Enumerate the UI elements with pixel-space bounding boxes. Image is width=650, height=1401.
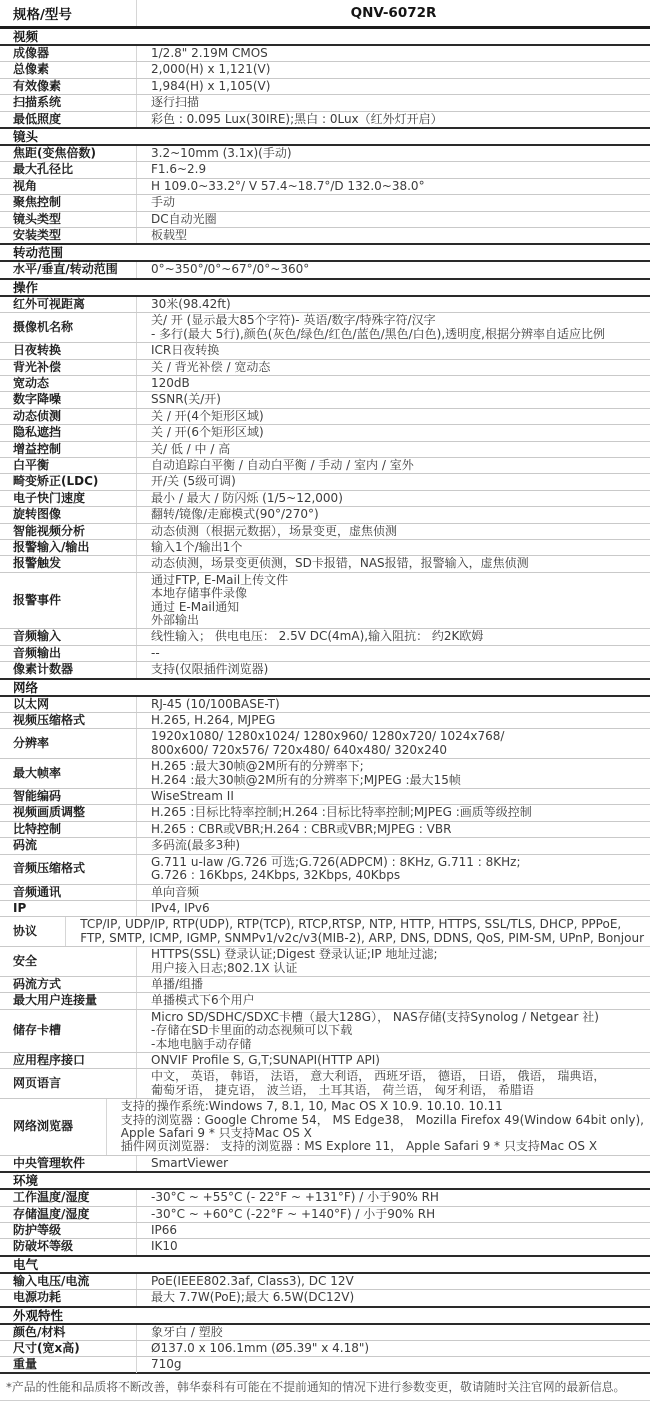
section-header: 外观特性 (0, 1306, 650, 1325)
spec-label: 分辨率 (0, 729, 136, 758)
spec-label: 镜头类型 (0, 212, 136, 227)
spec-value: 0°~350°/0°~67°/0°~360° (136, 262, 650, 277)
spec-row: 聚焦控制手动 (0, 195, 650, 211)
spec-row: 防护等级IP66 (0, 1223, 650, 1239)
spec-value-line: 象牙白 / 塑胶 (151, 1326, 644, 1339)
spec-label: 网页语言 (0, 1069, 136, 1098)
spec-row: 防破坏等级IK10 (0, 1239, 650, 1255)
spec-value-line: 2,000(H) x 1,121(V) (151, 63, 644, 76)
spec-label: 工作温度/湿度 (0, 1190, 136, 1205)
spec-value: RJ-45 (10/100BASE-T) (136, 697, 650, 712)
spec-value-line: 动态侦测，场景变更侦测，SD卡报错，NAS报错，报警输入，虚焦侦测 (151, 557, 644, 570)
spec-label: 增益控制 (0, 442, 136, 457)
spec-value: H.265 : CBR或VBR;H.264 : CBR或VBR;MJPEG : … (136, 822, 650, 837)
spec-value: H 109.0~33.2°/ V 57.4~18.7°/D 132.0~38.0… (136, 179, 650, 194)
spec-row: 电源功耗最大 7.7W(PoE);最大 6.5W(DC12V) (0, 1290, 650, 1306)
spec-value: 象牙白 / 塑胶 (136, 1325, 650, 1340)
spec-label: 数字降噪 (0, 392, 136, 407)
spec-label: 白平衡 (0, 458, 136, 473)
spec-label: 音频通讯 (0, 885, 136, 900)
spec-value-line: H.265, H.264, MJPEG (151, 714, 644, 727)
spec-row: 报警事件通过FTP, E-Mail上传文件本地存储事件录像通过 E-Mail通知… (0, 573, 650, 630)
spec-value-line: 最大 7.7W(PoE);最大 6.5W(DC12V) (151, 1291, 644, 1304)
spec-label: 电源功耗 (0, 1290, 136, 1305)
spec-value-line: SSNR(关/开) (151, 393, 644, 406)
spec-label: 智能编码 (0, 789, 136, 804)
spec-value-line: H.265 :目标比特率控制;H.264 :目标比特率控制;MJPEG :画质等… (151, 806, 644, 819)
spec-value-line: 自动追踪白平衡 / 自动白平衡 / 手动 / 室内 / 室外 (151, 459, 644, 472)
spec-value: G.711 u-law /G.726 可选;G.726(ADPCM) : 8KH… (136, 855, 650, 884)
spec-value: Micro SD/SDHC/SDXC卡槽（最大128G）， NAS存储(支持Sy… (136, 1010, 650, 1052)
spec-value-line: G.711 u-law /G.726 可选;G.726(ADPCM) : 8KH… (151, 856, 644, 869)
spec-row: 最大帧率H.265 :最大30帧@2M所有的分辨率下;H.264 :最大30帧@… (0, 759, 650, 789)
spec-value: 关 / 开(6个矩形区域) (136, 425, 650, 440)
spec-label: 扫描系统 (0, 95, 136, 110)
spec-row: 智能编码WiseStream II (0, 789, 650, 805)
spec-row: 成像器1/2.8" 2.19M CMOS (0, 46, 650, 62)
spec-value: 单播/组播 (136, 977, 650, 992)
spec-table-body: 视频成像器1/2.8" 2.19M CMOS总像素2,000(H) x 1,12… (0, 29, 650, 1373)
spec-label: 隐私遮挡 (0, 425, 136, 440)
spec-label: 报警触发 (0, 556, 136, 571)
spec-value: 手动 (136, 195, 650, 210)
spec-label: 日夜转换 (0, 343, 136, 358)
spec-label: 最大帧率 (0, 759, 136, 788)
spec-label: 音频输入 (0, 629, 136, 644)
spec-row: 储存卡槽Micro SD/SDHC/SDXC卡槽（最大128G）， NAS存储(… (0, 1010, 650, 1053)
spec-value-line: -- (151, 647, 644, 660)
spec-value-line: 线性输入； 供电电压： 2.5V DC(4mA),输入阻抗： 约2K欧姆 (151, 630, 644, 643)
spec-value-line: -本地电脑手动存储 (151, 1038, 644, 1051)
spec-value-line: ICR日夜转换 (151, 344, 644, 357)
spec-row: 总像素2,000(H) x 1,121(V) (0, 62, 650, 78)
spec-label: 音频压缩格式 (0, 855, 136, 884)
spec-label: 背光补偿 (0, 360, 136, 375)
spec-value-line: F1.6~2.9 (151, 163, 644, 176)
spec-label: 以太网 (0, 697, 136, 712)
section-header: 视频 (0, 29, 650, 46)
spec-value-line: 本地存储事件录像 (151, 587, 644, 600)
spec-value: H.265 :最大30帧@2M所有的分辨率下;H.264 :最大30帧@2M所有… (136, 759, 650, 788)
spec-label: 输入电压/电流 (0, 1274, 136, 1289)
spec-row: 宽动态120dB (0, 376, 650, 392)
section-header: 转动范围 (0, 243, 650, 262)
spec-value-line: IP66 (151, 1224, 644, 1237)
spec-value: 板载型 (136, 228, 650, 243)
spec-value: 120dB (136, 376, 650, 391)
spec-value-line: 输入1个/输出1个 (151, 541, 644, 554)
spec-row: 码流方式单播/组播 (0, 977, 650, 993)
spec-row: 数字降噪SSNR(关/开) (0, 392, 650, 408)
spec-label: 像素计数器 (0, 662, 136, 677)
spec-value-line: 关/ 低 / 中 / 高 (151, 443, 644, 456)
spec-label: 音频输出 (0, 646, 136, 661)
spec-value-line: 关 / 开(4个矩形区域) (151, 410, 644, 423)
spec-value: 单播模式下6个用户 (136, 993, 650, 1008)
spec-value: 多码流(最多3种) (136, 838, 650, 853)
spec-row: 视角H 109.0~33.2°/ V 57.4~18.7°/D 132.0~38… (0, 179, 650, 195)
spec-label: 协议 (0, 917, 65, 946)
spec-value-line: 1,984(H) x 1,105(V) (151, 80, 644, 93)
spec-row: 隐私遮挡关 / 开(6个矩形区域) (0, 425, 650, 441)
spec-row: 报警输入/输出输入1个/输出1个 (0, 540, 650, 556)
spec-value: 单向音频 (136, 885, 650, 900)
spec-value: WiseStream II (136, 789, 650, 804)
spec-label: 比特控制 (0, 822, 136, 837)
spec-sheet: 规格/型号 QNV-6072R 视频成像器1/2.8" 2.19M CMOS总像… (0, 0, 650, 1401)
spec-label: 颜色/材料 (0, 1325, 136, 1340)
spec-label: 码流方式 (0, 977, 136, 992)
spec-label: 成像器 (0, 46, 136, 61)
spec-row: 以太网RJ-45 (10/100BASE-T) (0, 697, 650, 713)
spec-row: 最大孔径比F1.6~2.9 (0, 162, 650, 178)
spec-value: 2,000(H) x 1,121(V) (136, 62, 650, 77)
spec-label: 码流 (0, 838, 136, 853)
spec-row: 分辨率1920x1080/ 1280x1024/ 1280x960/ 1280x… (0, 729, 650, 759)
spec-value: 710g (136, 1357, 650, 1372)
spec-value-line: 120dB (151, 377, 644, 390)
spec-row: 网页语言中文， 英语， 韩语， 法语， 意大利语， 西班牙语， 德语， 日语， … (0, 1069, 650, 1099)
spec-row: 动态侦测关 / 开(4个矩形区域) (0, 409, 650, 425)
spec-label: 安装类型 (0, 228, 136, 243)
spec-label: 安全 (0, 947, 136, 976)
spec-value-line: IK10 (151, 1240, 644, 1253)
spec-value-line: 支持(仅限插件浏览器) (151, 663, 644, 676)
spec-row: 颜色/材料象牙白 / 塑胶 (0, 1325, 650, 1341)
spec-label: 最大用户连接量 (0, 993, 136, 1008)
spec-value-line: 动态侦测（根据元数据），场景变更，虚焦侦测 (151, 525, 644, 538)
spec-value-line: 外部输出 (151, 614, 644, 627)
section-header: 镜头 (0, 127, 650, 146)
table-header-row: 规格/型号 QNV-6072R (0, 0, 650, 29)
spec-row: 存储温度/湿度-30°C ~ +60°C (-22°F ~ +140°F) / … (0, 1207, 650, 1223)
spec-value: -30°C ~ +55°C (- 22°F ~ +131°F) / 小于90% … (136, 1190, 650, 1205)
spec-value: 1920x1080/ 1280x1024/ 1280x960/ 1280x720… (136, 729, 650, 758)
spec-value: 中文， 英语， 韩语， 法语， 意大利语， 西班牙语， 德语， 日语， 俄语， … (136, 1069, 650, 1098)
spec-value-line: 支持的浏览器 : Google Chrome 54， MS Edge38， Mo… (121, 1114, 644, 1127)
spec-label: 视频压缩格式 (0, 713, 136, 728)
spec-value-line: RJ-45 (10/100BASE-T) (151, 698, 644, 711)
spec-value-line: 支持的操作系统:Windows 7, 8.1, 10, Mac OS X 10.… (121, 1100, 644, 1113)
spec-value: 支持的操作系统:Windows 7, 8.1, 10, Mac OS X 10.… (106, 1099, 650, 1155)
spec-value-line: PoE(IEEE802.3af, Class3), DC 12V (151, 1275, 644, 1288)
spec-value: 翻转/镜像/走廊模式(90°/270°) (136, 507, 650, 522)
spec-row: 中央管理软件SmartViewer (0, 1156, 650, 1172)
spec-value-line: 3.2~10mm (3.1x)(手动) (151, 147, 644, 160)
spec-label: 网络浏览器 (0, 1099, 106, 1155)
spec-row: IPIPv4, IPv6 (0, 901, 650, 917)
spec-row: 报警触发动态侦测，场景变更侦测，SD卡报错，NAS报错，报警输入，虚焦侦测 (0, 556, 650, 572)
spec-value-line: 单向音频 (151, 886, 644, 899)
spec-value: H.265, H.264, MJPEG (136, 713, 650, 728)
spec-row: 网络浏览器支持的操作系统:Windows 7, 8.1, 10, Mac OS … (0, 1099, 650, 1156)
spec-row: 水平/垂直/转动范围0°~350°/0°~67°/0°~360° (0, 262, 650, 278)
spec-value: SSNR(关/开) (136, 392, 650, 407)
spec-value-line: HTTPS(SSL) 登录认证;Digest 登录认证;IP 地址过滤; (151, 948, 644, 961)
spec-row: 输入电压/电流PoE(IEEE802.3af, Class3), DC 12V (0, 1274, 650, 1290)
spec-value-line: ONVIF Profile S, G,T;SUNAPI(HTTP API) (151, 1054, 644, 1067)
spec-label: 报警输入/输出 (0, 540, 136, 555)
spec-label: 焦距(变焦倍数) (0, 146, 136, 161)
spec-value-line: 单播模式下6个用户 (151, 994, 644, 1007)
spec-value: 3.2~10mm (3.1x)(手动) (136, 146, 650, 161)
spec-value: 1,984(H) x 1,105(V) (136, 79, 650, 94)
spec-label: 中央管理软件 (0, 1156, 136, 1171)
spec-row: 音频压缩格式G.711 u-law /G.726 可选;G.726(ADPCM)… (0, 855, 650, 885)
spec-value-line: 用户接入日志;802.1X 认证 (151, 962, 644, 975)
section-header: 网络 (0, 678, 650, 697)
spec-value: HTTPS(SSL) 登录认证;Digest 登录认证;IP 地址过滤;用户接入… (136, 947, 650, 976)
spec-value: 30米(98.42ft) (136, 297, 650, 312)
spec-label: 报警事件 (0, 573, 136, 629)
spec-value-line: SmartViewer (151, 1157, 644, 1170)
spec-value-line: G.726 : 16Kbps, 24Kbps, 32Kbps, 40Kbps (151, 869, 644, 882)
spec-value: Ø137.0 x 106.1mm (Ø5.39" x 4.18") (136, 1341, 650, 1356)
spec-value-line: 通过 E-Mail通知 (151, 601, 644, 614)
spec-value-line: H.265 :最大30帧@2M所有的分辨率下; (151, 760, 644, 773)
spec-row: 扫描系统逐行扫描 (0, 95, 650, 111)
spec-row: 红外可视距离30米(98.42ft) (0, 297, 650, 313)
spec-row: 安装类型板载型 (0, 228, 650, 244)
spec-label: 聚焦控制 (0, 195, 136, 210)
spec-row: 像素计数器支持(仅限插件浏览器) (0, 662, 650, 678)
spec-value: 关 / 背光补偿 / 宽动态 (136, 360, 650, 375)
spec-value-line: 0°~350°/0°~67°/0°~360° (151, 263, 644, 276)
spec-row: 最低照度彩色 : 0.095 Lux(30IRE);黑白 : 0Lux（红外灯开… (0, 112, 650, 128)
spec-value: 动态侦测（根据元数据），场景变更，虚焦侦测 (136, 524, 650, 539)
spec-value: DC自动光圈 (136, 212, 650, 227)
spec-row: 安全HTTPS(SSL) 登录认证;Digest 登录认证;IP 地址过滤;用户… (0, 947, 650, 977)
spec-value: H.265 :目标比特率控制;H.264 :目标比特率控制;MJPEG :画质等… (136, 805, 650, 820)
spec-value: 动态侦测，场景变更侦测，SD卡报错，NAS报错，报警输入，虚焦侦测 (136, 556, 650, 571)
spec-value: 自动追踪白平衡 / 自动白平衡 / 手动 / 室内 / 室外 (136, 458, 650, 473)
spec-value: ONVIF Profile S, G,T;SUNAPI(HTTP API) (136, 1053, 650, 1068)
spec-row: 摄像机名称关/ 开 (显示最大85个字符)- 英语/数字/特殊字符/汉字- 多行… (0, 313, 650, 343)
spec-value: 彩色 : 0.095 Lux(30IRE);黑白 : 0Lux（红外灯开启） (136, 112, 650, 127)
spec-value: IP66 (136, 1223, 650, 1238)
spec-value-line: 710g (151, 1358, 644, 1371)
spec-label: 重量 (0, 1357, 136, 1372)
spec-value-line: 30米(98.42ft) (151, 298, 644, 311)
spec-value: ICR日夜转换 (136, 343, 650, 358)
spec-value-line: 开/关 (5级可调) (151, 475, 644, 488)
spec-value-line: WiseStream II (151, 790, 644, 803)
spec-value-line: 1920x1080/ 1280x1024/ 1280x960/ 1280x720… (151, 730, 644, 743)
spec-label: 防护等级 (0, 1223, 136, 1238)
spec-value-line: 最小 / 最大 / 防闪烁 (1/5~12,000) (151, 492, 644, 505)
spec-value-line: - 多行(最大 5行),颜色(灰色/绿色/红色/蓝色/黑色/白色),透明度,根据… (151, 328, 644, 341)
spec-value: 关/ 低 / 中 / 高 (136, 442, 650, 457)
spec-value: 输入1个/输出1个 (136, 540, 650, 555)
spec-row: 协议TCP/IP, UDP/IP, RTP(UDP), RTP(TCP), RT… (0, 917, 650, 947)
spec-label: 有效像素 (0, 79, 136, 94)
spec-label: 最低照度 (0, 112, 136, 127)
spec-label: 动态侦测 (0, 409, 136, 424)
spec-value: IK10 (136, 1239, 650, 1254)
spec-row: 音频输出-- (0, 646, 650, 662)
spec-label: 水平/垂直/转动范围 (0, 262, 136, 277)
spec-label: 摄像机名称 (0, 313, 136, 342)
spec-row: 焦距(变焦倍数)3.2~10mm (3.1x)(手动) (0, 146, 650, 162)
spec-value: 最大 7.7W(PoE);最大 6.5W(DC12V) (136, 1290, 650, 1305)
spec-label: 电子快门速度 (0, 491, 136, 506)
spec-row: 电子快门速度最小 / 最大 / 防闪烁 (1/5~12,000) (0, 491, 650, 507)
spec-label: 存储温度/湿度 (0, 1207, 136, 1222)
spec-label: 视角 (0, 179, 136, 194)
spec-value-line: FTP, SMTP, ICMP, IGMP, SNMPv1/v2c/v3(MIB… (80, 932, 644, 945)
spec-label: 尺寸(宽x高) (0, 1341, 136, 1356)
spec-value-line: -30°C ~ +60°C (-22°F ~ +140°F) / 小于90% R… (151, 1208, 644, 1221)
spec-value: 支持(仅限插件浏览器) (136, 662, 650, 677)
spec-row: 畸变矫正(LDC)开/关 (5级可调) (0, 474, 650, 490)
spec-value-line: Ø137.0 x 106.1mm (Ø5.39" x 4.18") (151, 1342, 644, 1355)
spec-row: 码流多码流(最多3种) (0, 838, 650, 854)
spec-value: 关 / 开(4个矩形区域) (136, 409, 650, 424)
spec-row: 有效像素1,984(H) x 1,105(V) (0, 79, 650, 95)
spec-label: 储存卡槽 (0, 1010, 136, 1052)
spec-label: 应用程序接口 (0, 1053, 136, 1068)
spec-value-line: IPv4, IPv6 (151, 902, 644, 915)
spec-row: 工作温度/湿度-30°C ~ +55°C (- 22°F ~ +131°F) /… (0, 1190, 650, 1206)
spec-value-line: 1/2.8" 2.19M CMOS (151, 47, 644, 60)
spec-value: 1/2.8" 2.19M CMOS (136, 46, 650, 61)
spec-row: 镜头类型DC自动光圈 (0, 212, 650, 228)
spec-value-line: 翻转/镜像/走廊模式(90°/270°) (151, 508, 644, 521)
spec-value: F1.6~2.9 (136, 162, 650, 177)
spec-row: 音频通讯单向音频 (0, 885, 650, 901)
spec-label: 畸变矫正(LDC) (0, 474, 136, 489)
spec-value-line: -30°C ~ +55°C (- 22°F ~ +131°F) / 小于90% … (151, 1191, 644, 1204)
spec-value-line: 插件网页浏览器： 支持的浏览器 : MS Explore 11， Apple S… (121, 1140, 644, 1153)
header-spec-label: 规格/型号 (0, 3, 136, 23)
spec-value-line: H.264 :最大30帧@2M所有的分辨率下;MJPEG :最大15帧 (151, 774, 644, 787)
spec-value-line: -存储在SD卡里面的动态视频可以下载 (151, 1024, 644, 1037)
spec-row: 智能视频分析动态侦测（根据元数据），场景变更，虚焦侦测 (0, 524, 650, 540)
spec-label: 最大孔径比 (0, 162, 136, 177)
spec-value: 逐行扫描 (136, 95, 650, 110)
spec-label: IP (0, 901, 136, 916)
spec-label: 宽动态 (0, 376, 136, 391)
spec-value-line: 彩色 : 0.095 Lux(30IRE);黑白 : 0Lux（红外灯开启） (151, 113, 644, 126)
spec-row: 旋转图像翻转/镜像/走廊模式(90°/270°) (0, 507, 650, 523)
spec-value-line: 单播/组播 (151, 978, 644, 991)
spec-label: 红外可视距离 (0, 297, 136, 312)
section-header: 环境 (0, 1171, 650, 1190)
spec-value-line: TCP/IP, UDP/IP, RTP(UDP), RTP(TCP), RTCP… (80, 918, 644, 931)
spec-value-line: 800x600/ 720x576/ 720x480/ 640x480/ 320x… (151, 744, 644, 757)
spec-row: 日夜转换ICR日夜转换 (0, 343, 650, 359)
section-header: 操作 (0, 278, 650, 297)
spec-value-line: 关 / 背光补偿 / 宽动态 (151, 361, 644, 374)
spec-value: -- (136, 646, 650, 661)
spec-value-line: H.265 : CBR或VBR;H.264 : CBR或VBR;MJPEG : … (151, 823, 644, 836)
spec-value: PoE(IEEE802.3af, Class3), DC 12V (136, 1274, 650, 1289)
spec-label: 防破坏等级 (0, 1239, 136, 1254)
spec-label: 旋转图像 (0, 507, 136, 522)
spec-value-line: 多码流(最多3种) (151, 839, 644, 852)
spec-value: IPv4, IPv6 (136, 901, 650, 916)
footnote-text: *产品的性能和品质将不断改善，韩华泰科有可能在不提前通知的情况下进行参数变更，敬… (0, 1374, 650, 1401)
spec-row: 音频输入线性输入； 供电电压： 2.5V DC(4mA),输入阻抗： 约2K欧姆 (0, 629, 650, 645)
spec-value: 通过FTP, E-Mail上传文件本地存储事件录像通过 E-Mail通知外部输出 (136, 573, 650, 629)
spec-value-line: 葡萄牙语， 捷克语， 波兰语， 土耳其语， 荷兰语， 匈牙利语， 希腊语 (151, 1084, 644, 1097)
spec-value-line: 中文， 英语， 韩语， 法语， 意大利语， 西班牙语， 德语， 日语， 俄语， … (151, 1070, 644, 1083)
spec-row: 视频画质调整H.265 :目标比特率控制;H.264 :目标比特率控制;MJPE… (0, 805, 650, 821)
spec-value: 线性输入； 供电电压： 2.5V DC(4mA),输入阻抗： 约2K欧姆 (136, 629, 650, 644)
spec-row: 重量710g (0, 1357, 650, 1372)
spec-value: -30°C ~ +60°C (-22°F ~ +140°F) / 小于90% R… (136, 1207, 650, 1222)
spec-row: 增益控制关/ 低 / 中 / 高 (0, 442, 650, 458)
spec-label: 总像素 (0, 62, 136, 77)
spec-row: 白平衡自动追踪白平衡 / 自动白平衡 / 手动 / 室内 / 室外 (0, 458, 650, 474)
spec-row: 比特控制H.265 : CBR或VBR;H.264 : CBR或VBR;MJPE… (0, 822, 650, 838)
spec-value: TCP/IP, UDP/IP, RTP(UDP), RTP(TCP), RTCP… (65, 917, 650, 946)
spec-value-line: 关 / 开(6个矩形区域) (151, 426, 644, 439)
spec-row: 视频压缩格式H.265, H.264, MJPEG (0, 713, 650, 729)
spec-value: SmartViewer (136, 1156, 650, 1171)
spec-value-line: 关/ 开 (显示最大85个字符)- 英语/数字/特殊字符/汉字 (151, 314, 644, 327)
spec-value-line: 逐行扫描 (151, 96, 644, 109)
spec-row: 最大用户连接量单播模式下6个用户 (0, 993, 650, 1009)
header-model-name: QNV-6072R (136, 0, 650, 26)
spec-label: 智能视频分析 (0, 524, 136, 539)
spec-value-line: DC自动光圈 (151, 213, 644, 226)
spec-value-line: 手动 (151, 196, 644, 209)
spec-row: 应用程序接口ONVIF Profile S, G,T;SUNAPI(HTTP A… (0, 1053, 650, 1069)
spec-value: 最小 / 最大 / 防闪烁 (1/5~12,000) (136, 491, 650, 506)
spec-value: 关/ 开 (显示最大85个字符)- 英语/数字/特殊字符/汉字- 多行(最大 5… (136, 313, 650, 342)
spec-row: 尺寸(宽x高)Ø137.0 x 106.1mm (Ø5.39" x 4.18") (0, 1341, 650, 1357)
spec-value-line: H 109.0~33.2°/ V 57.4~18.7°/D 132.0~38.0… (151, 180, 644, 193)
spec-label: 视频画质调整 (0, 805, 136, 820)
spec-value: 开/关 (5级可调) (136, 474, 650, 489)
spec-value-line: 板载型 (151, 229, 644, 242)
spec-row: 背光补偿关 / 背光补偿 / 宽动态 (0, 360, 650, 376)
